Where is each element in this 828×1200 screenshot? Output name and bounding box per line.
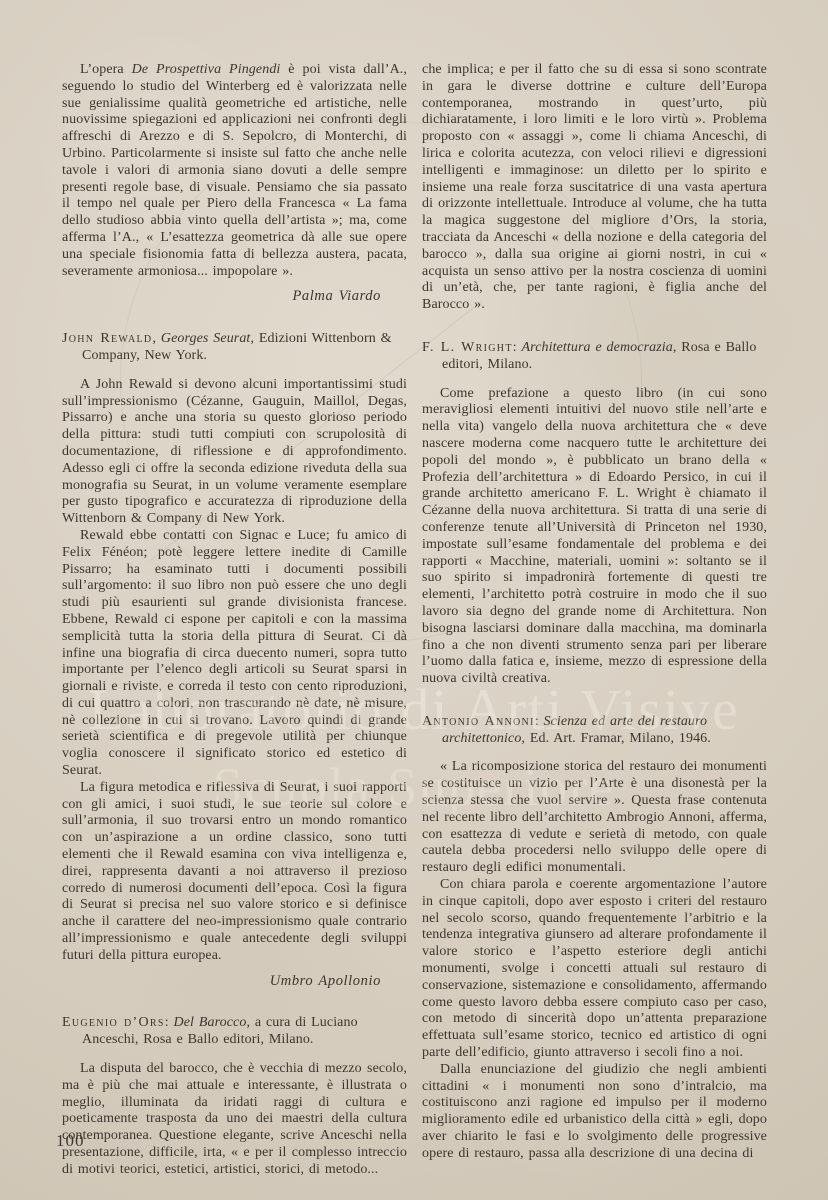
text-run: Con chiara parola e coerente argomentazi… — [422, 877, 767, 1060]
book-title: De Prospettiva Pingendi — [132, 62, 281, 77]
reviewer-signature: Palma Viardo — [62, 288, 381, 305]
body-paragraph: Con chiara parola e coerente argomentazi… — [422, 877, 767, 1062]
text-columns: L’opera De Prospettiva Pingendi è poi vi… — [62, 62, 768, 1179]
text-run: che implica; e per il fatto che su di es… — [422, 62, 767, 312]
text-run: A John Rewald si devono alcuni important… — [62, 377, 407, 526]
text-run: L’opera — [80, 62, 132, 77]
body-paragraph: A John Rewald si devono alcuni important… — [62, 377, 407, 528]
text-run: « La ricomposizione storica del restauro… — [422, 759, 767, 875]
author-name: Antonio Annoni — [422, 714, 535, 729]
book-title: Umbro Apollonio — [270, 973, 381, 989]
body-paragraph: L’opera De Prospettiva Pingendi è poi vi… — [62, 62, 407, 280]
text-run: , Ed. Art. Framar, Milano, 1946. — [521, 731, 710, 746]
text-run: è poi vista dall’A., seguendo lo studio … — [62, 62, 407, 279]
body-paragraph: Dalla enunciazione del giudizio che negl… — [422, 1062, 767, 1163]
body-paragraph: La disputa del barocco, che è vecchia di… — [62, 1061, 407, 1179]
body-paragraph: che implica; e per il fatto che su di es… — [422, 62, 767, 314]
text-run: Rewald ebbe contatti con Signac e Luce; … — [62, 528, 407, 778]
column-right: che implica; e per il fatto che su di es… — [422, 62, 767, 1179]
page-number: 100 — [56, 1131, 85, 1151]
review-heading: Eugenio d’Ors: Del Barocco, a cura di Lu… — [62, 1015, 407, 1049]
author-name: John Rewald — [62, 331, 152, 346]
book-title: Del Barocco — [174, 1015, 247, 1030]
book-title: Architettura e democrazia — [522, 340, 673, 355]
reviewer-signature: Umbro Apollonio — [62, 973, 381, 990]
author-name: Eugenio d’Ors — [62, 1015, 165, 1030]
author-name: F. L. Wright — [422, 340, 513, 355]
body-paragraph: Rewald ebbe contatti con Signac e Luce; … — [62, 528, 407, 780]
text-run: Come prefazione a questo libro (in cui s… — [422, 386, 767, 687]
text-run: Dalla enunciazione del giudizio che negl… — [422, 1062, 767, 1161]
book-title: Georges Seurat — [161, 331, 251, 346]
book-title: Palma Viardo — [292, 288, 381, 304]
text-run: La figura metodica e riflessiva di Seura… — [62, 780, 407, 963]
body-paragraph: Come prefazione a questo libro (in cui s… — [422, 386, 767, 688]
scanned-page: L’opera De Prospettiva Pingendi è poi vi… — [0, 0, 828, 1200]
text-run: , — [152, 331, 160, 346]
review-heading: Antonio Annoni: Scienza ed arte del rest… — [422, 714, 767, 748]
review-heading: John Rewald, Georges Seurat, Edizioni Wi… — [62, 331, 407, 365]
text-run: : — [513, 340, 522, 355]
text-run: La disputa del barocco, che è vecchia di… — [62, 1061, 407, 1177]
body-paragraph: « La ricomposizione storica del restauro… — [422, 759, 767, 877]
text-run: : — [165, 1015, 174, 1030]
text-run: : — [535, 714, 544, 729]
review-heading: F. L. Wright: Architettura e democrazia,… — [422, 340, 767, 374]
body-paragraph: La figura metodica e riflessiva di Seura… — [62, 780, 407, 965]
column-left: L’opera De Prospettiva Pingendi è poi vi… — [62, 62, 407, 1179]
